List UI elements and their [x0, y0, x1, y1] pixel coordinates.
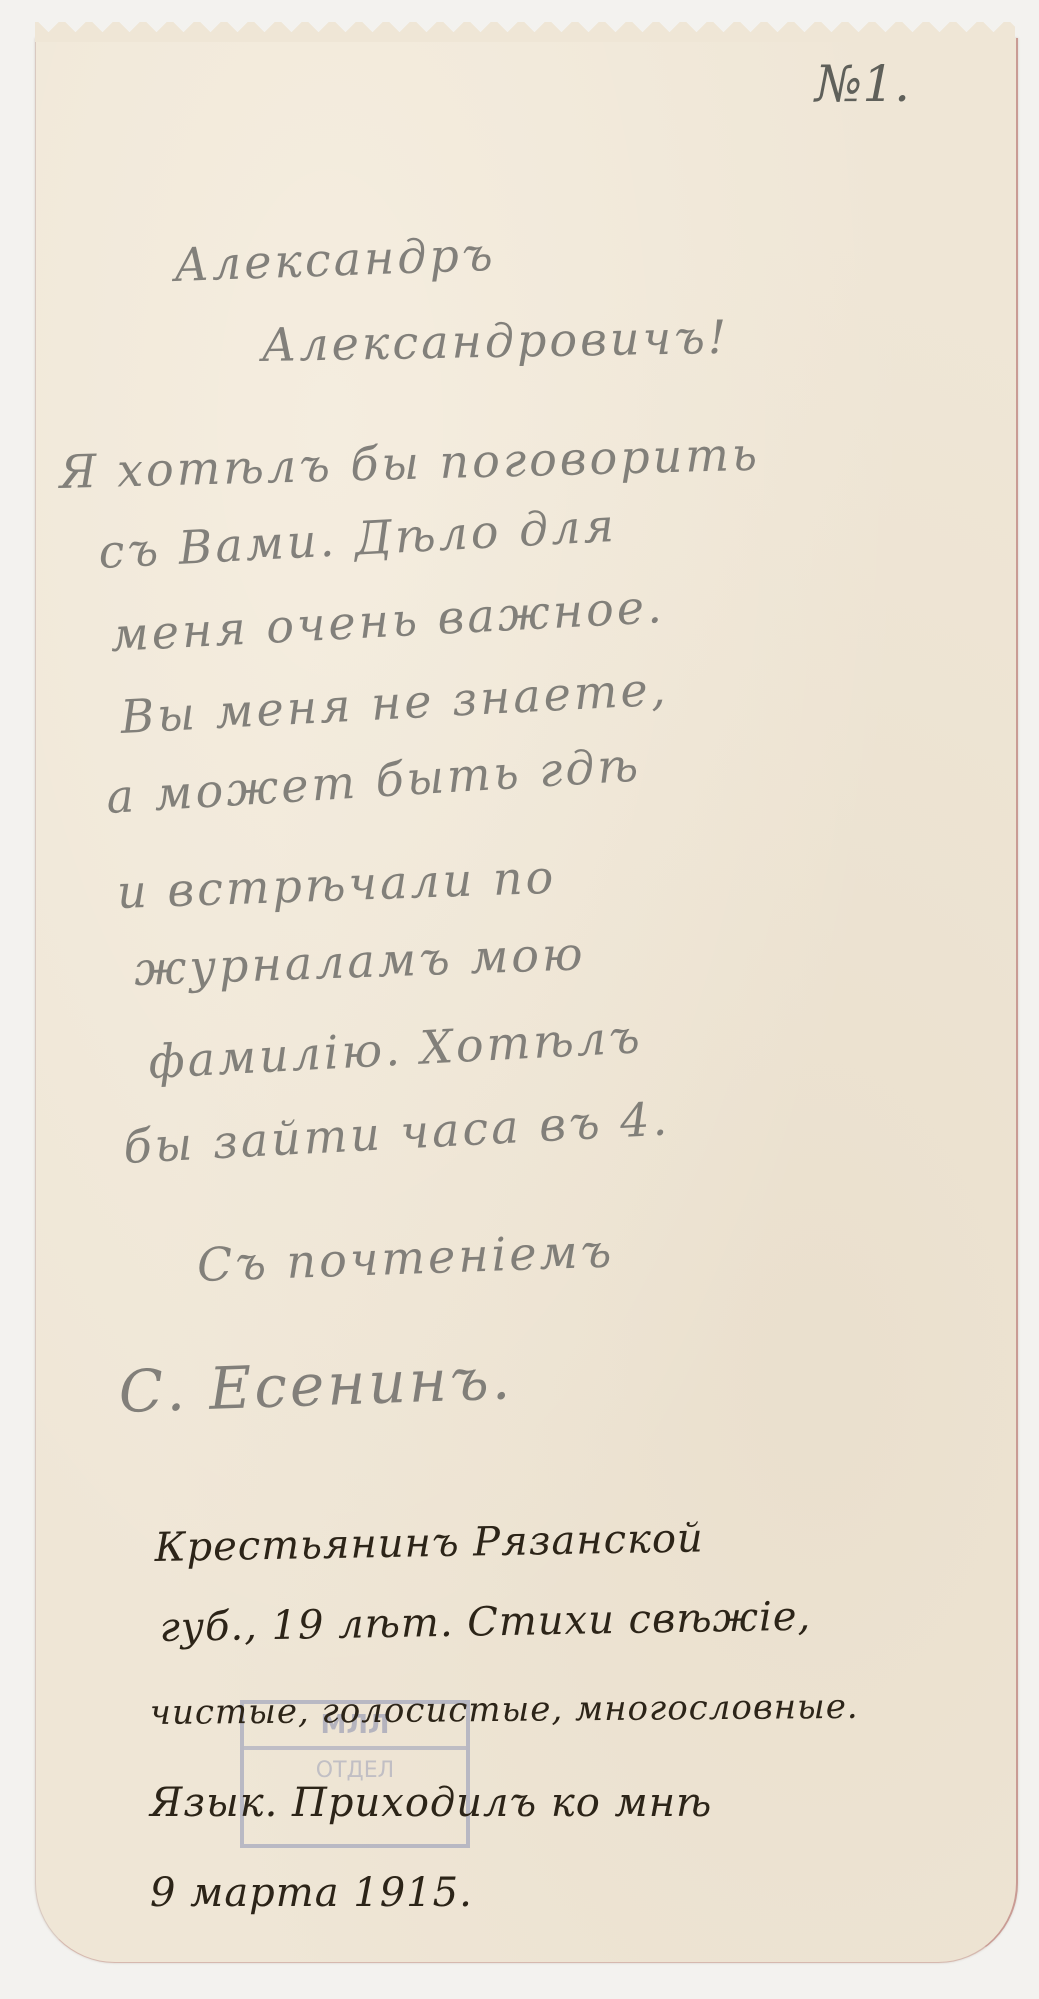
page-number: №1.	[815, 55, 910, 113]
perforated-edge	[35, 22, 1015, 42]
annotation-line-1: Крестьянинъ Рязанской	[154, 1515, 704, 1571]
salutation-line-1: Александръ	[173, 227, 496, 292]
signature: С. Есенинъ.	[118, 1344, 514, 1426]
salutation-line-2: Александровичъ!	[261, 310, 730, 372]
annotation-line-4: Язык. Приходилъ ко мнѣ	[150, 1780, 712, 1826]
annotation-line-5: 9 марта 1915.	[150, 1870, 473, 1916]
annotation-line-3: чистые, голосистые, многословные.	[150, 1687, 859, 1733]
